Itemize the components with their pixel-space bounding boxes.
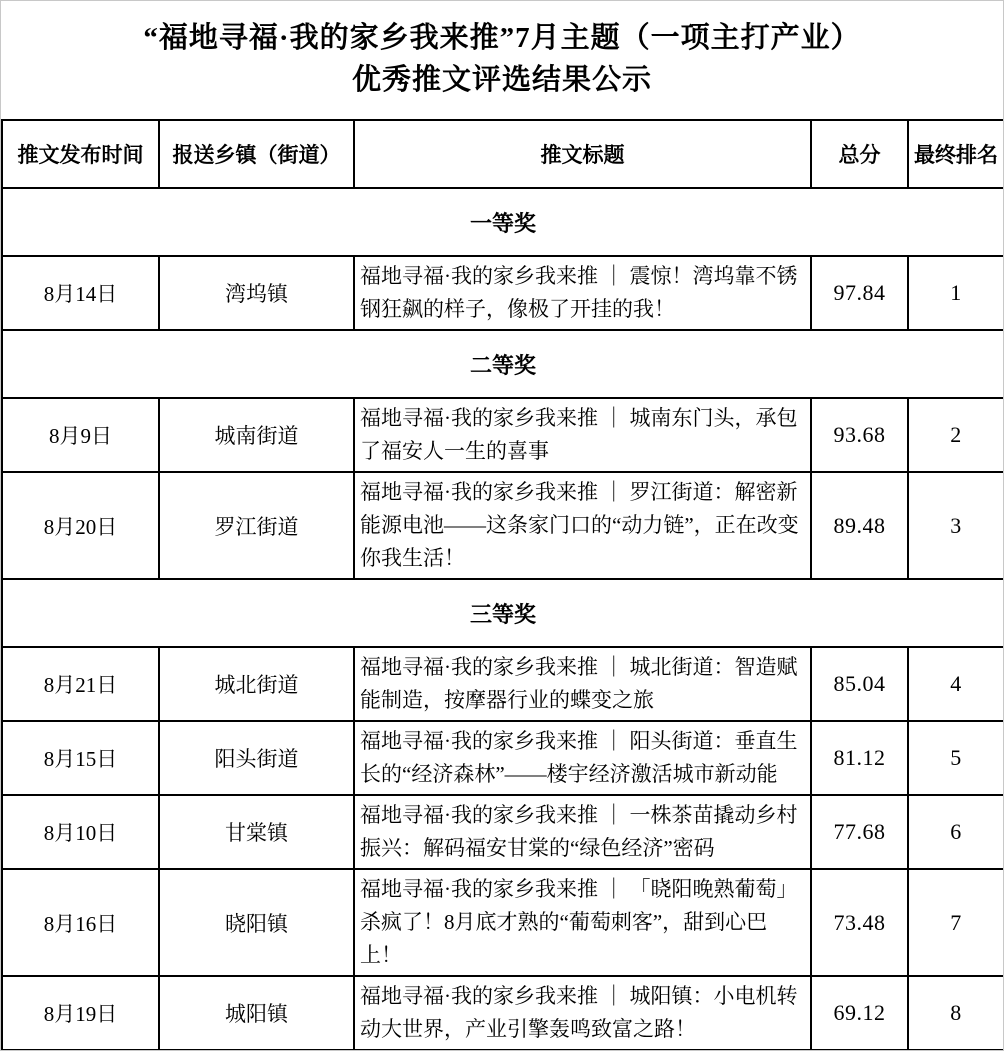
table-row: 8月10日甘棠镇福地寻福·我的家乡我来推 ｜ 一株茶苗撬动乡村振兴：解码福安甘棠… bbox=[2, 795, 1004, 869]
table-row: 8月15日阳头街道福地寻福·我的家乡我来推 ｜ 阳头街道：垂直生长的“经济森林”… bbox=[2, 721, 1004, 795]
post-title-cell: 福地寻福·我的家乡我来推 ｜ 城北街道：智造赋能制造，按摩器行业的蝶变之旅 bbox=[354, 647, 811, 721]
table-row: 8月21日城北街道福地寻福·我的家乡我来推 ｜ 城北街道：智造赋能制造，按摩器行… bbox=[2, 647, 1004, 721]
document-title-line-2: 优秀推文评选结果公示 bbox=[1, 59, 1003, 101]
table-row: 8月20日罗江街道福地寻福·我的家乡我来推 ｜ 罗江街道：解密新能源电池——这条… bbox=[2, 472, 1004, 579]
publish-date-cell: 8月20日 bbox=[2, 472, 159, 579]
town-cell: 城南街道 bbox=[159, 398, 354, 472]
rank-cell: 4 bbox=[908, 647, 1004, 721]
publish-date-cell: 8月9日 bbox=[2, 398, 159, 472]
results-table: 推文发布时间 报送乡镇（街道） 推文标题 总分 最终排名 一等奖8月14日湾坞镇… bbox=[1, 119, 1004, 1051]
town-cell: 晓阳镇 bbox=[159, 869, 354, 976]
post-title-cell: 福地寻福·我的家乡我来推 ｜ 城阳镇：小电机转动大世界，产业引擎轰鸣致富之路！ bbox=[354, 976, 811, 1050]
table-header-row: 推文发布时间 报送乡镇（街道） 推文标题 总分 最终排名 bbox=[2, 120, 1004, 188]
table-row: 8月9日城南街道福地寻福·我的家乡我来推 ｜ 城南东门头，承包了福安人一生的喜事… bbox=[2, 398, 1004, 472]
rank-cell: 6 bbox=[908, 795, 1004, 869]
rank-cell: 1 bbox=[908, 256, 1004, 330]
rank-cell: 2 bbox=[908, 398, 1004, 472]
post-title-cell: 福地寻福·我的家乡我来推 ｜ 一株茶苗撬动乡村振兴：解码福安甘棠的“绿色经济”密… bbox=[354, 795, 811, 869]
town-cell: 阳头街道 bbox=[159, 721, 354, 795]
town-cell: 城阳镇 bbox=[159, 976, 354, 1050]
score-cell: 69.12 bbox=[811, 976, 908, 1050]
document-title: “福地寻福·我的家乡我来推”7月主题（一项主打产业） 优秀推文评选结果公示 bbox=[1, 1, 1003, 119]
score-cell: 81.12 bbox=[811, 721, 908, 795]
award-section-row: 二等奖 bbox=[2, 330, 1004, 398]
score-cell: 93.68 bbox=[811, 398, 908, 472]
notice-document: “福地寻福·我的家乡我来推”7月主题（一项主打产业） 优秀推文评选结果公示 推文… bbox=[0, 0, 1004, 1051]
post-title-cell: 福地寻福·我的家乡我来推 ｜ 「晓阳晚熟葡萄」杀疯了！8月底才熟的“葡萄刺客”，… bbox=[354, 869, 811, 976]
table-body: 一等奖8月14日湾坞镇福地寻福·我的家乡我来推 ｜ 震惊！湾坞靠不锈钢狂飙的样子… bbox=[2, 188, 1004, 1050]
post-title-cell: 福地寻福·我的家乡我来推 ｜ 震惊！湾坞靠不锈钢狂飙的样子，像极了开挂的我！ bbox=[354, 256, 811, 330]
header-town: 报送乡镇（街道） bbox=[159, 120, 354, 188]
table-row: 8月14日湾坞镇福地寻福·我的家乡我来推 ｜ 震惊！湾坞靠不锈钢狂飙的样子，像极… bbox=[2, 256, 1004, 330]
publish-date-cell: 8月16日 bbox=[2, 869, 159, 976]
score-cell: 85.04 bbox=[811, 647, 908, 721]
score-cell: 97.84 bbox=[811, 256, 908, 330]
score-cell: 73.48 bbox=[811, 869, 908, 976]
post-title-cell: 福地寻福·我的家乡我来推 ｜ 城南东门头，承包了福安人一生的喜事 bbox=[354, 398, 811, 472]
rank-cell: 8 bbox=[908, 976, 1004, 1050]
publish-date-cell: 8月19日 bbox=[2, 976, 159, 1050]
town-cell: 罗江街道 bbox=[159, 472, 354, 579]
document-title-line-1: “福地寻福·我的家乡我来推”7月主题（一项主打产业） bbox=[1, 17, 1003, 59]
table-header: 推文发布时间 报送乡镇（街道） 推文标题 总分 最终排名 bbox=[2, 120, 1004, 188]
publish-date-cell: 8月15日 bbox=[2, 721, 159, 795]
town-cell: 湾坞镇 bbox=[159, 256, 354, 330]
header-post-title: 推文标题 bbox=[354, 120, 811, 188]
score-cell: 77.68 bbox=[811, 795, 908, 869]
table-row: 8月19日城阳镇福地寻福·我的家乡我来推 ｜ 城阳镇：小电机转动大世界，产业引擎… bbox=[2, 976, 1004, 1050]
town-cell: 城北街道 bbox=[159, 647, 354, 721]
rank-cell: 7 bbox=[908, 869, 1004, 976]
header-publish-date: 推文发布时间 bbox=[2, 120, 159, 188]
rank-cell: 5 bbox=[908, 721, 1004, 795]
town-cell: 甘棠镇 bbox=[159, 795, 354, 869]
table-row: 8月16日晓阳镇福地寻福·我的家乡我来推 ｜ 「晓阳晚熟葡萄」杀疯了！8月底才熟… bbox=[2, 869, 1004, 976]
score-cell: 89.48 bbox=[811, 472, 908, 579]
post-title-cell: 福地寻福·我的家乡我来推 ｜ 罗江街道：解密新能源电池——这条家门口的“动力链”… bbox=[354, 472, 811, 579]
award-section-row: 三等奖 bbox=[2, 579, 1004, 647]
award-section-label: 二等奖 bbox=[2, 330, 1004, 398]
publish-date-cell: 8月21日 bbox=[2, 647, 159, 721]
post-title-cell: 福地寻福·我的家乡我来推 ｜ 阳头街道：垂直生长的“经济森林”——楼宇经济激活城… bbox=[354, 721, 811, 795]
award-section-label: 三等奖 bbox=[2, 579, 1004, 647]
publish-date-cell: 8月10日 bbox=[2, 795, 159, 869]
header-final-rank: 最终排名 bbox=[908, 120, 1004, 188]
header-total-score: 总分 bbox=[811, 120, 908, 188]
rank-cell: 3 bbox=[908, 472, 1004, 579]
award-section-label: 一等奖 bbox=[2, 188, 1004, 256]
publish-date-cell: 8月14日 bbox=[2, 256, 159, 330]
award-section-row: 一等奖 bbox=[2, 188, 1004, 256]
